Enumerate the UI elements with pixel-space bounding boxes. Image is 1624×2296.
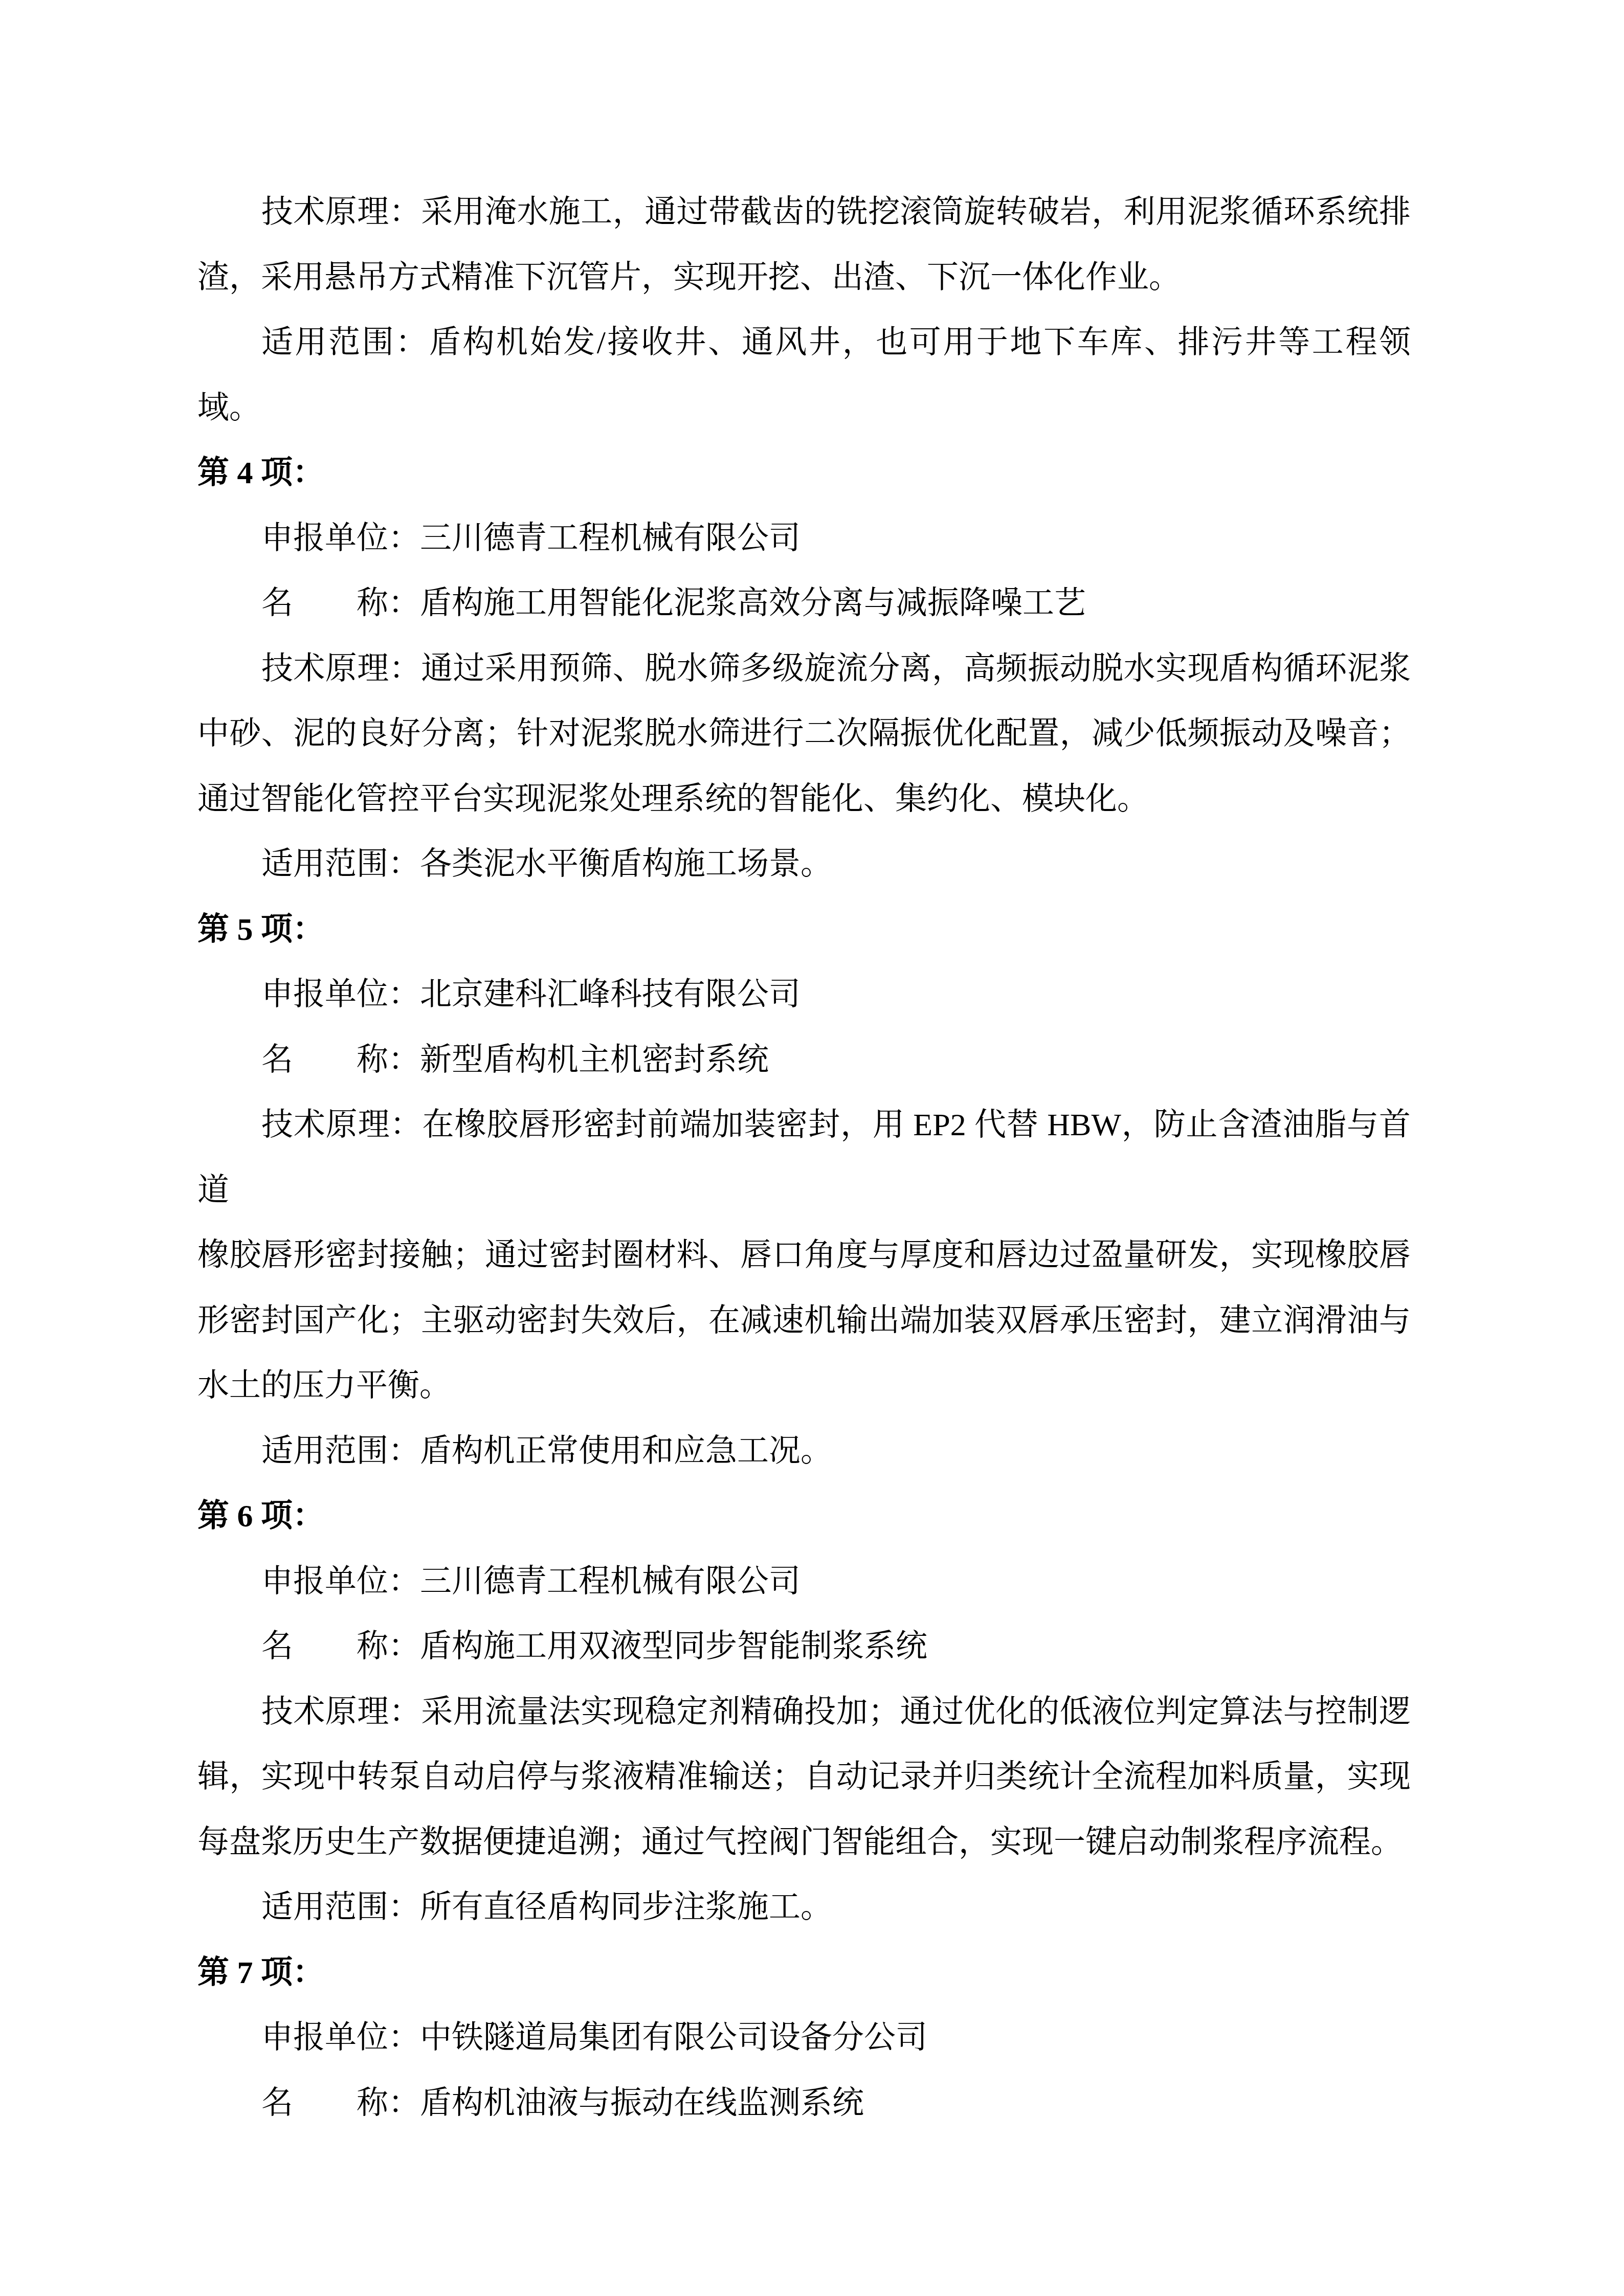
item3-scope: 适用范围：盾构机始发/接收井、通风井，也可用于地下车库、排污井等工程领域。 bbox=[197, 310, 1411, 441]
item6-tech-principle-line-2: 辑，实现中转泵自动启停与浆液精准输送；自动记录并归类统计全流程加料质量，实现 bbox=[197, 1745, 1411, 1810]
item6-heading: 第 6 项： bbox=[197, 1484, 1411, 1549]
item5-tech-principle-line-4: 水土的压力平衡。 bbox=[197, 1354, 1411, 1419]
item4-tech-principle: 技术原理：通过采用预筛、脱水筛多级旋流分离，高频振动脱水实现盾构循环泥浆中砂、泥… bbox=[197, 637, 1411, 832]
item3-tech-principle-line-1: 技术原理：采用淹水施工，通过带截齿的铣挖滚筒旋转破岩，利用泥浆循环系统排 bbox=[197, 180, 1411, 245]
item7-heading-line-1: 第 7 项： bbox=[197, 1941, 1411, 2006]
item4-applicant-line-1: 申报单位：三川德青工程机械有限公司 bbox=[197, 506, 1411, 572]
item4-heading: 第 4 项： bbox=[197, 441, 1411, 506]
item4-tech-principle-line-3: 通过智能化管控平台实现泥浆处理系统的智能化、集约化、模块化。 bbox=[197, 767, 1411, 832]
item7-applicant: 申报单位：中铁隧道局集团有限公司设备分公司 bbox=[197, 2006, 1411, 2071]
item5-heading-line-1: 第 5 项： bbox=[197, 897, 1411, 963]
item6-tech-principle: 技术原理：采用流量法实现稳定剂精确投加；通过优化的低液位判定算法与控制逻辑，实现… bbox=[197, 1680, 1411, 1876]
item4-heading-line-1: 第 4 项： bbox=[197, 441, 1411, 506]
item5-name-line-1: 名 称：新型盾构机主机密封系统 bbox=[197, 1028, 1411, 1093]
item5-name: 名 称：新型盾构机主机密封系统 bbox=[197, 1028, 1411, 1093]
item6-tech-principle-line-3: 每盘浆历史生产数据便捷追溯；通过气控阀门智能组合，实现一键启动制浆程序流程。 bbox=[197, 1810, 1411, 1876]
item6-applicant: 申报单位：三川德青工程机械有限公司 bbox=[197, 1549, 1411, 1615]
item3-tech-principle: 技术原理：采用淹水施工，通过带截齿的铣挖滚筒旋转破岩，利用泥浆循环系统排渣，采用… bbox=[197, 180, 1411, 310]
item4-applicant: 申报单位：三川德青工程机械有限公司 bbox=[197, 506, 1411, 572]
item6-name: 名 称：盾构施工用双液型同步智能制浆系统 bbox=[197, 1614, 1411, 1680]
item4-name-line-1: 名 称：盾构施工用智能化泥浆高效分离与减振降噪工艺 bbox=[197, 571, 1411, 637]
item5-scope-line-1: 适用范围：盾构机正常使用和应急工况。 bbox=[197, 1419, 1411, 1484]
item4-name: 名 称：盾构施工用智能化泥浆高效分离与减振降噪工艺 bbox=[197, 571, 1411, 637]
item4-tech-principle-line-1: 技术原理：通过采用预筛、脱水筛多级旋流分离，高频振动脱水实现盾构循环泥浆 bbox=[197, 637, 1411, 702]
item5-applicant-line-1: 申报单位：北京建科汇峰科技有限公司 bbox=[197, 962, 1411, 1028]
item7-name-line-1: 名 称：盾构机油液与振动在线监测系统 bbox=[197, 2071, 1411, 2136]
item4-scope: 适用范围：各类泥水平衡盾构施工场景。 bbox=[197, 832, 1411, 897]
item7-applicant-line-1: 申报单位：中铁隧道局集团有限公司设备分公司 bbox=[197, 2006, 1411, 2071]
item7-name: 名 称：盾构机油液与振动在线监测系统 bbox=[197, 2071, 1411, 2136]
item6-name-line-1: 名 称：盾构施工用双液型同步智能制浆系统 bbox=[197, 1614, 1411, 1680]
item5-tech-principle-line-3: 形密封国产化；主驱动密封失效后，在减速机输出端加装双唇承压密封，建立润滑油与 bbox=[197, 1289, 1411, 1354]
item4-scope-line-1: 适用范围：各类泥水平衡盾构施工场景。 bbox=[197, 832, 1411, 897]
item5-heading: 第 5 项： bbox=[197, 897, 1411, 963]
document-page: 技术原理：采用淹水施工，通过带截齿的铣挖滚筒旋转破岩，利用泥浆循环系统排渣，采用… bbox=[0, 0, 1624, 2296]
item6-scope-line-1: 适用范围：所有直径盾构同步注浆施工。 bbox=[197, 1875, 1411, 1941]
item4-tech-principle-line-2: 中砂、泥的良好分离；针对泥浆脱水筛进行二次隔振优化配置，减少低频振动及噪音； bbox=[197, 702, 1411, 767]
item5-tech-principle: 技术原理：在橡胶唇形密封前端加装密封，用 EP2 代替 HBW，防止含渣油脂与首… bbox=[197, 1093, 1411, 1419]
item5-tech-principle-line-2: 橡胶唇形密封接触；通过密封圈材料、唇口角度与厚度和唇边过盈量研发，实现橡胶唇 bbox=[197, 1223, 1411, 1289]
item6-scope: 适用范围：所有直径盾构同步注浆施工。 bbox=[197, 1875, 1411, 1941]
item7-heading: 第 7 项： bbox=[197, 1941, 1411, 2006]
document-content: 技术原理：采用淹水施工，通过带截齿的铣挖滚筒旋转破岩，利用泥浆循环系统排渣，采用… bbox=[197, 180, 1411, 2136]
item6-tech-principle-line-1: 技术原理：采用流量法实现稳定剂精确投加；通过优化的低液位判定算法与控制逻 bbox=[197, 1680, 1411, 1745]
item5-scope: 适用范围：盾构机正常使用和应急工况。 bbox=[197, 1419, 1411, 1484]
item6-heading-line-1: 第 6 项： bbox=[197, 1484, 1411, 1549]
item5-applicant: 申报单位：北京建科汇峰科技有限公司 bbox=[197, 962, 1411, 1028]
item3-tech-principle-line-2: 渣，采用悬吊方式精准下沉管片，实现开挖、出渣、下沉一体化作业。 bbox=[197, 245, 1411, 311]
item3-scope-line-1: 适用范围：盾构机始发/接收井、通风井，也可用于地下车库、排污井等工程领域。 bbox=[197, 310, 1411, 441]
item5-tech-principle-line-1: 技术原理：在橡胶唇形密封前端加装密封，用 EP2 代替 HBW，防止含渣油脂与首… bbox=[197, 1093, 1411, 1223]
item6-applicant-line-1: 申报单位：三川德青工程机械有限公司 bbox=[197, 1549, 1411, 1615]
